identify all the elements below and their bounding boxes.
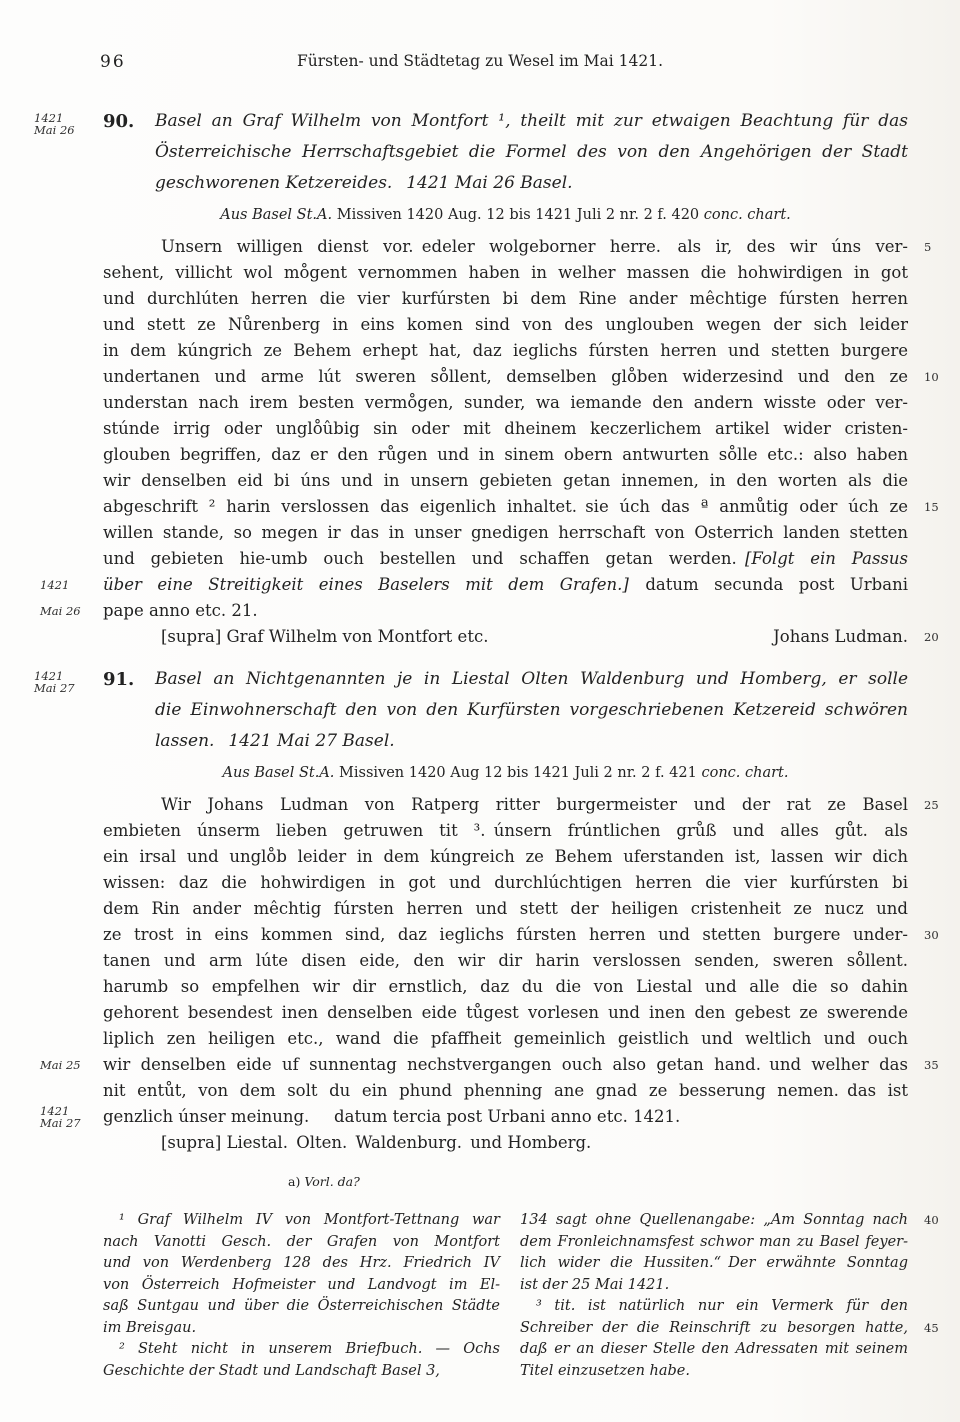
- line-number: [908, 1000, 960, 1026]
- text-segment: embieten únserm lieben getruwen tit ³. ú…: [103, 821, 908, 840]
- footnote-line: lich wider die Hussiten.“ Der erwähnte S…: [520, 1253, 908, 1275]
- line-number: [908, 1275, 960, 1297]
- summary-line: die Einwohnerschaft den von den Kurfürst…: [155, 695, 908, 726]
- margin-date: [0, 624, 103, 650]
- entry-number: 91.: [103, 664, 155, 757]
- footnote-line: daß er an dieser Stelle den Adressaten m…: [520, 1339, 908, 1361]
- line-text: understan nach irem besten vermo̊gen, su…: [103, 390, 908, 416]
- line-text: wir denselben eid bi úns und in unsern g…: [103, 468, 908, 494]
- text-segment: [Folgt ein Passus: [745, 549, 908, 568]
- line-text: und gebieten hie-umb ouch bestellen und …: [103, 546, 908, 572]
- footnote-column-left: ¹ Graf Wilhelm IV von Montfort-Tettnang …: [103, 1210, 500, 1382]
- footnote-line: im Breisgau.: [103, 1318, 500, 1340]
- line-text: stúnde irrig oder unglo̊ûbig sin oder mi…: [103, 416, 908, 442]
- summary-line: Österreichische Herrschaftsgebiet die Fo…: [155, 137, 908, 168]
- page-header: Fürsten- und Städtetag zu Wesel im Mai 1…: [0, 0, 960, 76]
- text-segment: [supra] Liestal. Olten. Waldenburg. und …: [161, 1133, 591, 1152]
- summary-line: Basel an Nichtgenannten je in Liestal Ol…: [155, 664, 908, 695]
- text-segment: wir denselben eid bi úns und in unsern g…: [103, 471, 908, 490]
- book-page: Fürsten- und Städtetag zu Wesel im Mai 1…: [0, 0, 960, 1422]
- footnote-line: 134 sagt ohne Quellenangabe: „Am Sonntag…: [520, 1210, 908, 1232]
- margin-date-line: 1421: [40, 579, 103, 591]
- margin-date: [0, 468, 103, 494]
- line-text: wissen: daz die hohwirdigen in got und d…: [103, 870, 908, 896]
- margin-day: Mai 27: [34, 682, 103, 694]
- footnote-line: ¹ Graf Wilhelm IV von Montfort-Tettnang …: [103, 1210, 500, 1232]
- source-type: conc. chart.: [704, 207, 791, 223]
- source-line: Aus Basel St.A. Missiven 1420 Aug. 12 bi…: [0, 202, 960, 228]
- entry-91: 1421 Mai 27 91. Basel an Nichtgenannten …: [0, 664, 960, 1156]
- text-line: understan nach irem besten vermo̊gen, su…: [0, 390, 960, 416]
- text-segment: und durchlúten herren die vier kurfúrste…: [103, 289, 908, 308]
- line-number: [908, 1130, 960, 1156]
- letter-body: Unsern willigen dienst vor. edeler wolge…: [0, 234, 960, 624]
- line-text: Wir Johans Ludman von Ratperg ritter bur…: [103, 792, 908, 818]
- entry-number: 90.: [103, 106, 155, 199]
- text-segment: über eine Streitigkeit eines Baselers mi…: [103, 575, 629, 594]
- apparatus-note: a)Vorl. da?: [0, 1172, 960, 1192]
- signature-line: [supra] Graf Wilhelm von Montfort etc. J…: [103, 624, 908, 650]
- line-number: [908, 260, 960, 286]
- margin-date: [0, 286, 103, 312]
- footnote-line: ² Steht nicht in unserem Briefbuch. — Oc…: [103, 1339, 500, 1361]
- margin-date: 1421 Mai 26: [0, 106, 103, 199]
- text-line: abgeschrift ² harin verslossen das eigen…: [0, 494, 960, 520]
- signature: Johans Ludman.: [773, 624, 908, 650]
- summary-line: lassen. 1421 Mai 27 Basel.: [155, 726, 908, 757]
- footnote-line: und von Werdenberg 128 des Hrz. Friedric…: [103, 1253, 500, 1275]
- line-text: wir denselben eide uf sunnentag nechstve…: [103, 1052, 908, 1078]
- text-line: undertanen und arme lút sweren so̊llent,…: [0, 364, 960, 390]
- text-segment: ein irsal und unglo̊b leider in dem kúng…: [103, 847, 908, 866]
- line-text: glouben begriffen, daz er den růgen und …: [103, 442, 908, 468]
- text-segment: genzlich únser meinung. datum tercia pos…: [103, 1107, 680, 1126]
- line-number: 20: [908, 624, 960, 650]
- footnote-row: 134 sagt ohne Quellenangabe: „Am Sonntag…: [520, 1210, 960, 1232]
- footnote-row: daß er an dieser Stelle den Adressaten m…: [520, 1339, 960, 1361]
- margin-date-line: Mai 25: [40, 1059, 103, 1071]
- footnote-line: nach Vanotti Gesch. der Grafen von Montf…: [103, 1232, 500, 1254]
- line-number: 45: [908, 1318, 960, 1340]
- line-number: [908, 572, 960, 598]
- line-number: [908, 312, 960, 338]
- summary-line: Basel an Graf Wilhelm von Montfort ¹, th…: [155, 106, 908, 137]
- line-number: 40: [908, 1210, 960, 1232]
- apparatus-note-text: Vorl. da?: [304, 1174, 359, 1189]
- margin-date: [0, 338, 103, 364]
- line-number: [908, 390, 960, 416]
- source-archive: Aus Basel St.A.: [223, 765, 335, 781]
- text-line: [supra] Liestal. Olten. Waldenburg. und …: [0, 1130, 960, 1156]
- text-line: tanen und arm lúte disen eide, den wir d…: [0, 948, 960, 974]
- line-number: [908, 468, 960, 494]
- text-line: dem Rin ander mêchtig fúrsten herren und…: [0, 896, 960, 922]
- source-reference: Missiven 1420 Aug. 12 bis 1421 Juli 2 nr…: [332, 207, 704, 223]
- text-segment: stúnde irrig oder unglo̊ûbig sin oder mi…: [103, 419, 908, 438]
- line-text: Unsern willigen dienst vor. edeler wolge…: [103, 234, 908, 260]
- margin-date-line: Mai 26: [40, 605, 103, 617]
- text-line: wir denselben eid bi úns und in unsern g…: [0, 468, 960, 494]
- signature-row: [supra] Graf Wilhelm von Montfort etc. J…: [0, 624, 960, 650]
- margin-date: [0, 260, 103, 286]
- line-number: [908, 442, 960, 468]
- text-segment: und stett ze Nůrenberg in eins komen sin…: [103, 315, 908, 334]
- margin-date: [0, 844, 103, 870]
- footnotes: ¹ Graf Wilhelm IV von Montfort-Tettnang …: [0, 1210, 960, 1382]
- margin-date: [0, 818, 103, 844]
- footnote-row: dem Fronleichnamsfest schwor man zu Base…: [520, 1232, 960, 1254]
- margin-date: [0, 442, 103, 468]
- entry-91-heading: 1421 Mai 27 91. Basel an Nichtgenannten …: [0, 664, 960, 757]
- text-line: liplich zen heiligen etc., wand die pfaf…: [0, 1026, 960, 1052]
- line-number: [908, 948, 960, 974]
- footnote-line: dem Fronleichnamsfest schwor man zu Base…: [520, 1232, 908, 1254]
- text-segment: harumb so empfelhen wir dir ernstlich, d…: [103, 977, 908, 996]
- line-number: [908, 974, 960, 1000]
- text-segment: nit entůt, von dem solt du ein phund phe…: [103, 1081, 908, 1100]
- line-text: gehorent besendest inen denselben eide t…: [103, 1000, 908, 1026]
- line-text: harumb so empfelhen wir dir ernstlich, d…: [103, 974, 908, 1000]
- spacer: [908, 106, 960, 199]
- text-segment: und gebieten hie-umb ouch bestellen und …: [103, 549, 745, 568]
- line-number: [908, 1026, 960, 1052]
- footnote-line: Geschichte der Stadt und Landschaft Base…: [103, 1361, 500, 1383]
- text-segment: pape anno etc. 21.: [103, 601, 258, 620]
- text-line: gehorent besendest inen denselben eide t…: [0, 1000, 960, 1026]
- margin-date: [0, 390, 103, 416]
- text-line: Wir Johans Ludman von Ratperg ritter bur…: [0, 792, 960, 818]
- line-text: abgeschrift ² harin verslossen das eigen…: [103, 494, 908, 520]
- line-number: 35: [908, 1052, 960, 1078]
- source-archive: Aus Basel St.A.: [220, 207, 332, 223]
- text-line: und gebieten hie-umb ouch bestellen und …: [0, 546, 960, 572]
- line-number: [908, 286, 960, 312]
- entry-90-heading: 1421 Mai 26 90. Basel an Graf Wilhelm vo…: [0, 106, 960, 199]
- margin-date: [0, 1026, 103, 1052]
- margin-date: Mai 25: [0, 1052, 103, 1078]
- text-segment: wir denselben eide uf sunnentag nechstve…: [103, 1055, 908, 1074]
- line-number: 15: [908, 494, 960, 520]
- letter-body: Wir Johans Ludman von Ratperg ritter bur…: [0, 792, 960, 1156]
- line-number: [908, 1253, 960, 1275]
- line-text: ein irsal und unglo̊b leider in dem kúng…: [103, 844, 908, 870]
- text-segment: liplich zen heiligen etc., wand die pfaf…: [103, 1029, 908, 1048]
- margin-date: [0, 948, 103, 974]
- line-number: [908, 1296, 960, 1318]
- source-line: Aus Basel St.A. Missiven 1420 Aug 12 bis…: [0, 760, 960, 786]
- line-number: [908, 598, 960, 624]
- text-line: wissen: daz die hohwirdigen in got und d…: [0, 870, 960, 896]
- text-segment: willen stande, so megen ir das in unser …: [103, 523, 908, 542]
- text-segment: Unsern willigen dienst vor. edeler wolge…: [161, 237, 908, 256]
- margin-date: [0, 974, 103, 1000]
- line-number: 5: [908, 234, 960, 260]
- footnote-line: ³ tit. ist natürlich nur ein Vermerk für…: [520, 1296, 908, 1318]
- line-text: in dem kúngrich ze Behem erhept hat, daz…: [103, 338, 908, 364]
- line-number: [908, 416, 960, 442]
- footnote-row: ist der 25 Mai 1421.: [520, 1275, 960, 1297]
- text-line: und stett ze Nůrenberg in eins komen sin…: [0, 312, 960, 338]
- line-text: nit entůt, von dem solt du ein phund phe…: [103, 1078, 908, 1104]
- apparatus-note-label: a): [288, 1174, 300, 1189]
- line-text: ze trost in eins kommen sind, daz ieglic…: [103, 922, 908, 948]
- line-number: [908, 1232, 960, 1254]
- text-segment: dem Rin ander mêchtig fúrsten herren und…: [103, 899, 908, 918]
- line-number: [908, 520, 960, 546]
- text-line: in dem kúngrich ze Behem erhept hat, daz…: [0, 338, 960, 364]
- footnote-line: Schreiber der die Reinschrift zu besorge…: [520, 1318, 908, 1340]
- margin-date: 1421: [0, 572, 103, 598]
- line-number: [908, 546, 960, 572]
- text-line: Unsern willigen dienst vor. edeler wolge…: [0, 234, 960, 260]
- line-text: und durchlúten herren die vier kurfúrste…: [103, 286, 908, 312]
- text-segment: abgeschrift ² harin verslossen das eigen…: [103, 497, 908, 516]
- line-number: [908, 896, 960, 922]
- text-line: glouben begriffen, daz er den růgen und …: [0, 442, 960, 468]
- text-segment: tanen und arm lúte disen eide, den wir d…: [103, 951, 908, 970]
- margin-date: [0, 1130, 103, 1156]
- line-number: 30: [908, 922, 960, 948]
- source-reference: Missiven 1420 Aug 12 bis 1421 Juli 2 nr.…: [334, 765, 701, 781]
- line-number: 10: [908, 364, 960, 390]
- text-line: 1421über eine Streitigkeit eines Baseler…: [0, 572, 960, 598]
- footnote-line: saß Suntgau und über die Österreichische…: [103, 1296, 500, 1318]
- line-text: und stett ze Nůrenberg in eins komen sin…: [103, 312, 908, 338]
- margin-date: [0, 1078, 103, 1104]
- margin-date: [0, 546, 103, 572]
- text-line: stúnde irrig oder unglo̊ûbig sin oder mi…: [0, 416, 960, 442]
- line-number: [908, 844, 960, 870]
- text-line: Mai 25wir denselben eide uf sunnentag ne…: [0, 1052, 960, 1078]
- text-segment: datum secunda post Urbani: [629, 575, 908, 594]
- margin-date: [0, 870, 103, 896]
- spacer: [908, 664, 960, 757]
- text-line: nit entůt, von dem solt du ein phund phe…: [0, 1078, 960, 1104]
- text-segment: glouben begriffen, daz er den růgen und …: [103, 445, 908, 464]
- text-segment: wissen: daz die hohwirdigen in got und d…: [103, 873, 908, 892]
- running-title: Fürsten- und Städtetag zu Wesel im Mai 1…: [0, 52, 960, 70]
- line-number: [908, 1078, 960, 1104]
- margin-date-line: Mai 27: [40, 1117, 103, 1129]
- line-number: 25: [908, 792, 960, 818]
- source-type: conc. chart.: [701, 765, 788, 781]
- text-line: harumb so empfelhen wir dir ernstlich, d…: [0, 974, 960, 1000]
- line-text: undertanen und arme lút sweren so̊llent,…: [103, 364, 908, 390]
- footnote-row: ³ tit. ist natürlich nur ein Vermerk für…: [520, 1296, 960, 1318]
- line-text: über eine Streitigkeit eines Baselers mi…: [103, 572, 908, 598]
- line-number: [908, 1339, 960, 1361]
- margin-date: [0, 520, 103, 546]
- supra-note: [supra] Graf Wilhelm von Montfort etc.: [161, 624, 488, 650]
- margin-date: 1421 Mai 27: [0, 664, 103, 757]
- line-number: [908, 818, 960, 844]
- margin-date: [0, 922, 103, 948]
- footnote-row: Titel einzusetzen habe.: [520, 1361, 960, 1383]
- line-number: [908, 1361, 960, 1383]
- margin-date: [0, 416, 103, 442]
- line-text: pape anno etc. 21.: [103, 598, 908, 624]
- text-segment: undertanen und arme lút sweren so̊llent,…: [103, 367, 908, 386]
- line-text: dem Rin ander mêchtig fúrsten herren und…: [103, 896, 908, 922]
- line-number: [908, 870, 960, 896]
- text-line: ein irsal und unglo̊b leider in dem kúng…: [0, 844, 960, 870]
- footnote-row: lich wider die Hussiten.“ Der erwähnte S…: [520, 1253, 960, 1275]
- text-segment: sehent, villicht wol mo̊gent vernommen h…: [103, 263, 908, 282]
- text-line: embieten únserm lieben getruwen tit ³. ú…: [0, 818, 960, 844]
- margin-date: [0, 792, 103, 818]
- text-line: Mai 26pape anno etc. 21.: [0, 598, 960, 624]
- margin-day: Mai 26: [34, 124, 103, 136]
- text-line: ze trost in eins kommen sind, daz ieglic…: [0, 922, 960, 948]
- line-text: embieten únserm lieben getruwen tit ³. ú…: [103, 818, 908, 844]
- line-text: sehent, villicht wol mo̊gent vernommen h…: [103, 260, 908, 286]
- entry-summary: Basel an Nichtgenannten je in Liestal Ol…: [155, 664, 908, 757]
- footnote-column-right: 134 sagt ohne Quellenangabe: „Am Sonntag…: [520, 1210, 960, 1382]
- footnote-row: Schreiber der die Reinschrift zu besorge…: [520, 1318, 960, 1340]
- margin-date: [0, 896, 103, 922]
- text-line: sehent, villicht wol mo̊gent vernommen h…: [0, 260, 960, 286]
- margin-date: [0, 1000, 103, 1026]
- line-number: [908, 338, 960, 364]
- text-segment: understan nach irem besten vermo̊gen, su…: [103, 393, 908, 412]
- margin-date: [0, 234, 103, 260]
- text-segment: gehorent besendest inen denselben eide t…: [103, 1003, 908, 1022]
- text-line: willen stande, so megen ir das in unser …: [0, 520, 960, 546]
- line-number: [908, 1104, 960, 1130]
- line-text: genzlich únser meinung. datum tercia pos…: [103, 1104, 908, 1130]
- line-text: [supra] Liestal. Olten. Waldenburg. und …: [103, 1130, 908, 1156]
- text-line: und durchlúten herren die vier kurfúrste…: [0, 286, 960, 312]
- margin-date: Mai 26: [0, 598, 103, 624]
- entry-summary: Basel an Graf Wilhelm von Montfort ¹, th…: [155, 106, 908, 199]
- summary-line: geschworenen Ketzereides. 1421 Mai 26 Ba…: [155, 168, 908, 199]
- margin-date: [0, 364, 103, 390]
- text-segment: ze trost in eins kommen sind, daz ieglic…: [103, 925, 908, 944]
- line-text: tanen und arm lúte disen eide, den wir d…: [103, 948, 908, 974]
- text-segment: Wir Johans Ludman von Ratperg ritter bur…: [161, 795, 908, 814]
- entry-90: 1421 Mai 26 90. Basel an Graf Wilhelm vo…: [0, 106, 960, 650]
- line-text: liplich zen heiligen etc., wand die pfaf…: [103, 1026, 908, 1052]
- margin-date: [0, 494, 103, 520]
- footnote-line: ist der 25 Mai 1421.: [520, 1275, 908, 1297]
- footnote-line: von Österreich Hofmeister und Landvogt i…: [103, 1275, 500, 1297]
- line-text: willen stande, so megen ir das in unser …: [103, 520, 908, 546]
- margin-date: [0, 312, 103, 338]
- text-segment: in dem kúngrich ze Behem erhept hat, daz…: [103, 341, 908, 360]
- footnote-line: Titel einzusetzen habe.: [520, 1361, 908, 1383]
- margin-date: 1421Mai 27: [0, 1104, 103, 1130]
- text-line: 1421Mai 27genzlich únser meinung. datum …: [0, 1104, 960, 1130]
